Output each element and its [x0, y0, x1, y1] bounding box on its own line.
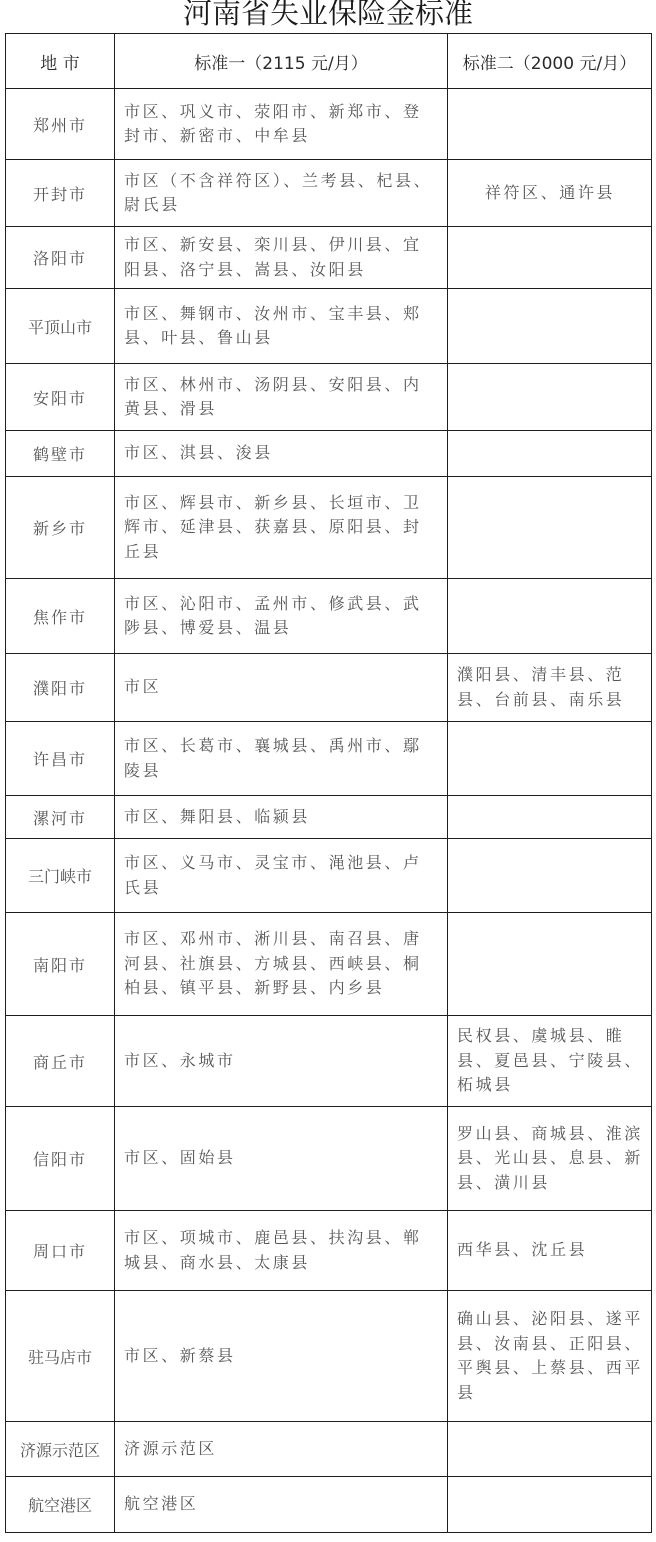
table-row: 信阳市 市区、固始县 罗山县、商城县、淮滨县、光山县、息县、新县、潢川县: [6, 1107, 652, 1211]
standard-2-cell: 民权县、虞城县、睢县、夏邑县、宁陵县、柘城县: [448, 1016, 652, 1107]
city-cell: 商丘市: [6, 1016, 115, 1107]
city-cell: 航空港区: [6, 1477, 115, 1533]
standard-2-cell: [448, 227, 652, 289]
city-cell: 驻马店市: [6, 1291, 115, 1422]
standard-1-cell: 市区、项城市、鹿邑县、扶沟县、郸城县、商水县、太康县: [115, 1211, 448, 1291]
table-row: 济源示范区 济源示范区: [6, 1422, 652, 1477]
standard-2-cell: [448, 913, 652, 1016]
standard-1-cell: 市区、永城市: [115, 1016, 448, 1107]
table-header-row: 地 市 标准一（2115 元/月） 标准二（2000 元/月）: [6, 34, 652, 89]
table-row: 濮阳市 市区 濮阳县、清丰县、范县、台前县、南乐县: [6, 654, 652, 722]
city-cell: 鹤壁市: [6, 431, 115, 477]
table-row: 开封市 市区（不含祥符区）、兰考县、杞县、尉氏县 祥符区、通许县: [6, 160, 652, 227]
table-row: 郑州市 市区、巩义市、荥阳市、新郑市、登封市、新密市、中牟县: [6, 89, 652, 160]
standard-2-cell: [448, 722, 652, 796]
city-cell: 新乡市: [6, 477, 115, 579]
table-row: 南阳市 市区、邓州市、淅川县、南召县、唐河县、社旗县、方城县、西峡县、桐柏县、镇…: [6, 913, 652, 1016]
standard-1-cell: 市区、林州市、汤阴县、安阳县、内黄县、滑县: [115, 364, 448, 431]
standard-2-cell: 濮阳县、清丰县、范县、台前县、南乐县: [448, 654, 652, 722]
standard-1-cell: 市区: [115, 654, 448, 722]
standard-1-cell: 市区、辉县市、新乡县、长垣市、卫辉市、延津县、获嘉县、原阳县、封丘县: [115, 477, 448, 579]
standard-2-cell: [448, 364, 652, 431]
city-cell: 开封市: [6, 160, 115, 227]
standard-1-cell: 市区、舞钢市、汝州市、宝丰县、郏县、叶县、鲁山县: [115, 289, 448, 364]
standard-2-cell: [448, 477, 652, 579]
city-cell: 安阳市: [6, 364, 115, 431]
table-row: 航空港区 航空港区: [6, 1477, 652, 1533]
city-cell: 南阳市: [6, 913, 115, 1016]
standard-1-cell: 市区、义马市、灵宝市、渑池县、卢氏县: [115, 839, 448, 913]
city-cell: 洛阳市: [6, 227, 115, 289]
standard-2-cell: 西华县、沈丘县: [448, 1211, 652, 1291]
city-cell: 信阳市: [6, 1107, 115, 1211]
table-row: 新乡市 市区、辉县市、新乡县、长垣市、卫辉市、延津县、获嘉县、原阳县、封丘县: [6, 477, 652, 579]
header-city: 地 市: [6, 34, 115, 89]
standard-2-cell: [448, 579, 652, 654]
city-cell: 三门峡市: [6, 839, 115, 913]
standard-1-cell: 市区、新蔡县: [115, 1291, 448, 1422]
city-cell: 许昌市: [6, 722, 115, 796]
table-row: 驻马店市 市区、新蔡县 确山县、泌阳县、遂平县、汝南县、正阳县、平舆县、上蔡县、…: [6, 1291, 652, 1422]
standard-1-cell: 市区、固始县: [115, 1107, 448, 1211]
standard-1-cell: 市区、沁阳市、孟州市、修武县、武陟县、博爱县、温县: [115, 579, 448, 654]
table-row: 洛阳市 市区、新安县、栾川县、伊川县、宜阳县、洛宁县、嵩县、汝阳县: [6, 227, 652, 289]
city-cell: 郑州市: [6, 89, 115, 160]
document-title: 河南省失业保险金标准: [0, 0, 656, 32]
standard-1-cell: 市区、长葛市、襄城县、禹州市、鄢陵县: [115, 722, 448, 796]
standard-2-cell: 罗山县、商城县、淮滨县、光山县、息县、新县、潢川县: [448, 1107, 652, 1211]
table-row: 焦作市 市区、沁阳市、孟州市、修武县、武陟县、博爱县、温县: [6, 579, 652, 654]
table-row: 平顶山市 市区、舞钢市、汝州市、宝丰县、郏县、叶县、鲁山县: [6, 289, 652, 364]
standard-1-cell: 市区、新安县、栾川县、伊川县、宜阳县、洛宁县、嵩县、汝阳县: [115, 227, 448, 289]
standard-2-cell: [448, 431, 652, 477]
standard-1-cell: 市区（不含祥符区）、兰考县、杞县、尉氏县: [115, 160, 448, 227]
standard-1-cell: 市区、巩义市、荥阳市、新郑市、登封市、新密市、中牟县: [115, 89, 448, 160]
standard-1-cell: 市区、淇县、浚县: [115, 431, 448, 477]
table-row: 周口市 市区、项城市、鹿邑县、扶沟县、郸城县、商水县、太康县 西华县、沈丘县: [6, 1211, 652, 1291]
city-cell: 平顶山市: [6, 289, 115, 364]
standard-2-cell: [448, 839, 652, 913]
standard-2-cell: [448, 1477, 652, 1533]
header-standard-2: 标准二（2000 元/月）: [448, 34, 652, 89]
standard-1-cell: 市区、邓州市、淅川县、南召县、唐河县、社旗县、方城县、西峡县、桐柏县、镇平县、新…: [115, 913, 448, 1016]
standard-1-cell: 市区、舞阳县、临颍县: [115, 796, 448, 839]
standard-2-cell: [448, 796, 652, 839]
city-cell: 漯河市: [6, 796, 115, 839]
table-row: 三门峡市 市区、义马市、灵宝市、渑池县、卢氏县: [6, 839, 652, 913]
standard-2-cell: 确山县、泌阳县、遂平县、汝南县、正阳县、平舆县、上蔡县、西平县: [448, 1291, 652, 1422]
table-row: 商丘市 市区、永城市 民权县、虞城县、睢县、夏邑县、宁陵县、柘城县: [6, 1016, 652, 1107]
standard-2-cell: [448, 89, 652, 160]
standard-1-cell: 济源示范区: [115, 1422, 448, 1477]
standard-2-cell: [448, 1422, 652, 1477]
table-row: 安阳市 市区、林州市、汤阴县、安阳县、内黄县、滑县: [6, 364, 652, 431]
city-cell: 济源示范区: [6, 1422, 115, 1477]
table-row: 漯河市 市区、舞阳县、临颍县: [6, 796, 652, 839]
city-cell: 焦作市: [6, 579, 115, 654]
table-row: 许昌市 市区、长葛市、襄城县、禹州市、鄢陵县: [6, 722, 652, 796]
unemployment-insurance-table: 地 市 标准一（2115 元/月） 标准二（2000 元/月） 郑州市 市区、巩…: [5, 33, 652, 1533]
standard-1-cell: 航空港区: [115, 1477, 448, 1533]
standard-2-cell: 祥符区、通许县: [448, 160, 652, 227]
city-cell: 濮阳市: [6, 654, 115, 722]
standard-2-cell: [448, 289, 652, 364]
header-standard-1: 标准一（2115 元/月）: [115, 34, 448, 89]
table-row: 鹤壁市 市区、淇县、浚县: [6, 431, 652, 477]
city-cell: 周口市: [6, 1211, 115, 1291]
